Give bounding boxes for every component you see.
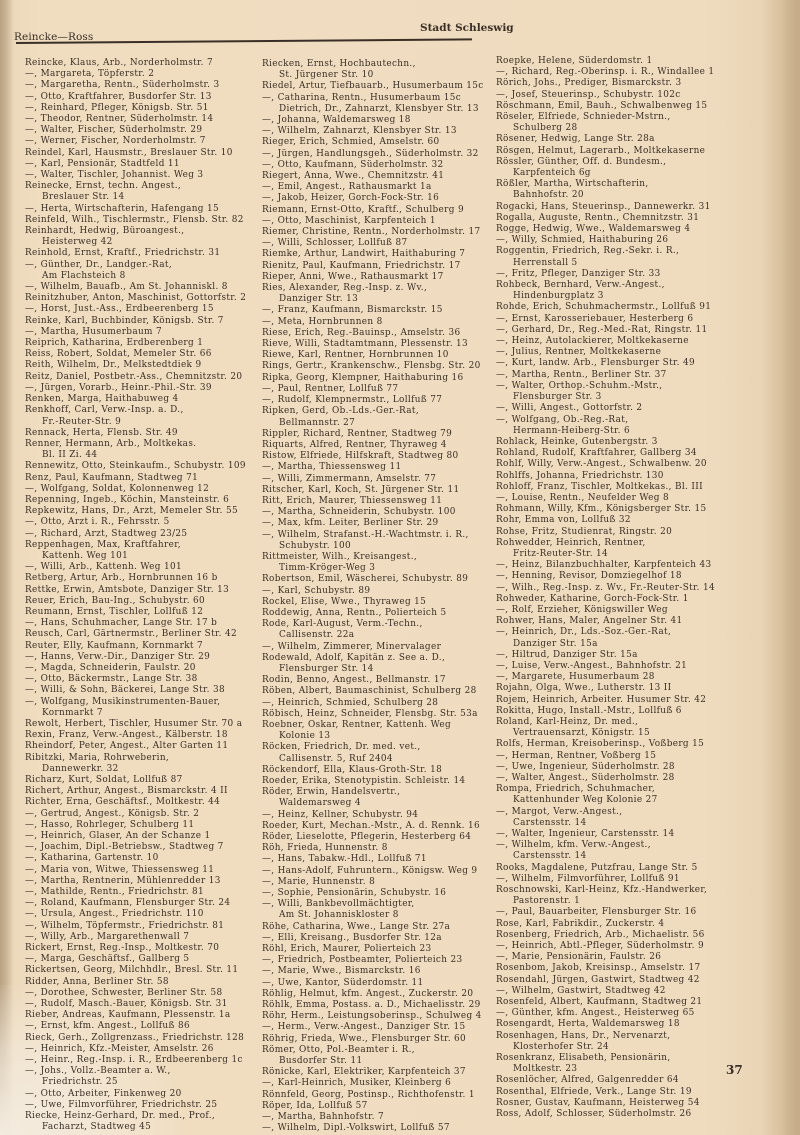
directory-entry: Repenning, Ingeb., Köchin, Mansteinstr. …: [25, 495, 246, 506]
directory-entry: —, Willi, Zimmermann, Amselstr. 77: [262, 474, 484, 485]
directory-entry: Reinke, Karl, Buchbinder, Königsb. Str. …: [25, 316, 246, 327]
directory-entry: Rodewald, Adolf, Kapitän z. See a. D.,: [262, 653, 484, 664]
directory-entry: —, Heinrich, Glaser, An der Schanze 1: [25, 831, 246, 842]
directory-entry: Rohse, Fritz, Studienrat, Ringstr. 20: [496, 527, 715, 538]
directory-entry: Rieber, Andreas, Kaufmann, Plessenstr. 1…: [25, 1010, 246, 1021]
directory-entry: —, Mathilde, Rentn., Friedrichstr. 81: [25, 887, 246, 898]
directory-entry: —, Katharina, Gartenstr. 10: [25, 853, 246, 864]
directory-entry: —, Marga, Geschäftsf., Gallberg 5: [25, 954, 246, 965]
directory-entry: —, Herta, Wirtschafterin, Hafengang 15: [25, 204, 246, 215]
directory-entry: —, Herman, Rentner, Voßberg 15: [496, 751, 715, 762]
directory-entry: Rooks, Magdalene, Putzfrau, Lange Str. 5: [496, 863, 715, 874]
directory-entry: Reincke, Klaus, Arb., Norderholmstr. 7: [25, 58, 246, 69]
directory-entry: Riese, Erich, Reg.-Bauinsp., Amselstr. 3…: [262, 328, 484, 339]
directory-entry: Riemer, Christine, Rentn., Norderholmstr…: [262, 227, 484, 238]
directory-entry: Rittmeister, Wilh., Kreisangest.,: [262, 552, 484, 563]
directory-entry: Rockel, Elise, Wwe., Thyraweg 15: [262, 597, 484, 608]
directory-entry: —, Johs., Vollz.-Beamter a. W.,: [25, 1066, 246, 1077]
directory-entry: —, Hasso, Rohrleger, Schulberg 11: [25, 820, 246, 831]
directory-entry: —, Rudolf, Klempnermstr., Lollfuß 77: [262, 395, 484, 406]
directory-entry: —, Wilhelm, Bauafb., Am St. Johanniskl. …: [25, 282, 246, 293]
directory-entry-continuation: Moltkestr. 23: [496, 1064, 715, 1075]
directory-entry: Ripka, Georg, Klempner, Haithaburing 16: [262, 373, 484, 384]
directory-entry: Röder, Lieselotte, Pflegerin, Hesterberg…: [262, 832, 484, 843]
directory-entry: Ripken, Gerd, Ob.-Lds.-Ger.-Rat,: [262, 406, 484, 417]
directory-entry: Riquarts, Alfred, Rentner, Thyraweg 4: [262, 440, 484, 451]
directory-entry: —, Otto, Maschinist, Karpfenteich 1: [262, 216, 484, 227]
directory-entry: —, Josef, Steuerinsp., Schubystr. 102c: [496, 90, 715, 101]
directory-entry: —, Walter, Tischler, Johannist. Weg 3: [25, 170, 246, 181]
directory-entry-continuation: Flensburger Str. 14: [262, 664, 484, 675]
directory-entry: —, Uwe, Filmvorführer, Friedrichstr. 25: [25, 1100, 246, 1111]
directory-entry: —, Günther, kfm. Angest., Heisterweg 65: [496, 1008, 715, 1019]
directory-entry: Reindel, Karl, Hausmstr., Breslauer Str.…: [25, 148, 246, 159]
directory-entry: Ridder, Anna, Berliner Str. 58: [25, 977, 246, 988]
directory-entry: —, Werner, Fischer, Norderholmstr. 7: [25, 136, 246, 147]
directory-entry: —, Margarete, Husumerbaum 28: [496, 672, 715, 683]
directory-entry: —, Margareta, Töpferstr. 2: [25, 69, 246, 80]
directory-entry: Rohlf, Willy, Verw.-Angest., Schwalbenw.…: [496, 459, 715, 470]
directory-entry: —, Catharina, Rentn., Husumerbaum 15c: [262, 93, 484, 104]
directory-entry: Rössler, Günther, Off. d. Bundesm.,: [496, 157, 715, 168]
page-gutter-shadow: [0, 0, 14, 1135]
directory-entry: —, Herm., Verw.-Angest., Danziger Str. 1…: [262, 1022, 484, 1033]
directory-entry: Röhlig, Helmut, kfm. Angest., Zuckerstr.…: [262, 989, 484, 1000]
directory-entry: Robertson, Emil, Wäscherei, Schubystr. 8…: [262, 574, 484, 585]
directory-entry: —, Willy, Arb., Margarethenwall 7: [25, 932, 246, 943]
directory-entry: Rieck, Gerh., Zollgrenzass., Friedrichst…: [25, 1033, 246, 1044]
directory-entry: Röhe, Catharina, Wwe., Lange Str. 27a: [262, 922, 484, 933]
page-number: 37: [726, 1063, 743, 1077]
directory-entry: —, Heinrich, Kfz.-Meister, Amselstr. 26: [25, 1044, 246, 1055]
directory-entry: Röben, Albert, Baumaschinist, Schulberg …: [262, 686, 484, 697]
directory-entry: —, Roland, Kaufmann, Flensburger Str. 24: [25, 898, 246, 909]
directory-entry: Roepke, Helene, Süderdomstr. 1: [496, 56, 715, 67]
directory-entry: Ribitzki, Maria, Rohrweberin,: [25, 753, 246, 764]
directory-entry: Rosenbom, Jakob, Kreisinsp., Amselstr. 1…: [496, 963, 715, 974]
directory-entry: —, Paul, Rentner, Lollfuß 77: [262, 384, 484, 395]
directory-entry: —, Rudolf, Masch.-Bauer, Königsb. Str. 3…: [25, 999, 246, 1010]
directory-entry: —, Paul, Bauarbeiter, Flensburger Str. 1…: [496, 907, 715, 918]
directory-entry: Rewolt, Herbert, Tischler, Husumer Str. …: [25, 719, 246, 730]
directory-entry: —, Horst, Just.-Ass., Erdbeerenberg 15: [25, 304, 246, 315]
directory-entry: —, Jürgen, Vorarb., Heinr.-Phil.-Str. 39: [25, 383, 246, 394]
directory-entry: Rosenfeld, Albert, Kaufmann, Stadtweg 21: [496, 997, 715, 1008]
directory-entry: —, Meta, Hornbrunnen 8: [262, 317, 484, 328]
directory-entry: Rexin, Franz, Verw.-Angest., Kälberstr. …: [25, 730, 246, 741]
directory-entry: Rosendahl, Jürgen, Gastwirt, Stadtweg 42: [496, 975, 715, 986]
directory-entry: Röhrig, Frieda, Wwe., Flensburger Str. 6…: [262, 1034, 484, 1045]
directory-entry: Rohweder, Katharine, Gorch-Fock-Str. 1: [496, 594, 715, 605]
directory-entry: Rohwedder, Heinrich, Rentner,: [496, 538, 715, 549]
directory-entry: Rickert, Ernst, Reg.-Insp., Moltkestr. 7…: [25, 943, 246, 954]
directory-entry: —, Maria von, Witwe, Thiessensweg 11: [25, 865, 246, 876]
directory-entry: —, Wolfgang, Soldat, Kolonnenweg 12: [25, 484, 246, 495]
directory-entry: —, Walter, Fischer, Süderholmstr. 29: [25, 125, 246, 136]
directory-page: Reincke—Ross Stadt Schleswig Reincke, Kl…: [0, 0, 800, 1135]
directory-entry: Reumann, Ernst, Tischler, Lollfuß 12: [25, 607, 246, 618]
directory-entry: —, Wilhelm, Töpfermstr., Friedrichstr. 8…: [25, 921, 246, 932]
directory-entry: —, Heinr., Reg.-Insp. i. R., Erdbeerenbe…: [25, 1055, 246, 1066]
directory-entry-continuation: Callisenstr. 22a: [262, 630, 484, 641]
directory-entry: Rönicke, Karl, Elektriker, Karpfenteich …: [262, 1067, 484, 1078]
directory-entry: Riedel, Artur, Tiefbauarb., Husumerbaum …: [262, 81, 484, 92]
directory-entry: Rohlffs, Johanna, Friedrichstr. 130: [496, 471, 715, 482]
directory-entry: Renz, Paul, Kaufmann, Stadtweg 71: [25, 473, 246, 484]
directory-entry: —, Franz, Kaufmann, Bismarckstr. 15: [262, 305, 484, 316]
directory-entry: —, Kurt, landw. Arb., Flensburger Str. 4…: [496, 358, 715, 369]
directory-entry: —, Otto, Arbeiter, Finkenweg 20: [25, 1089, 246, 1100]
directory-entry: Roeder, Erika, Stenotypistin. Schleistr.…: [262, 776, 484, 787]
directory-column-2: Riecken, Ernst, Hochbautechn.,St. Jürgen…: [262, 59, 484, 1135]
directory-entry: Reinitzhuber, Anton, Maschinist, Gottorf…: [25, 293, 246, 304]
directory-entry: Rienitz, Paul, Kaufmann, Friedrichstr. 1…: [262, 261, 484, 272]
directory-entry: Roschnowski, Karl-Heinz, Kfz.-Handwerker…: [496, 885, 715, 896]
directory-entry-continuation: Schulberg 28: [496, 123, 715, 134]
directory-entry: —, Wilhelm, Zahnarzt, Klensbyer Str. 13: [262, 126, 484, 137]
directory-entry: Rohr, Emma von, Lollfuß 32: [496, 515, 715, 526]
directory-entry-continuation: Heisterweg 42: [25, 237, 246, 248]
directory-entry: —, Wilhelm, Filmvorführer, Lollfuß 91: [496, 874, 715, 885]
directory-entry: Röhlk, Emma, Postass. a. D., Michaelisst…: [262, 1000, 484, 1011]
directory-entry: Reuer, Erich, Bau-Ing., Schubystr. 60: [25, 596, 246, 607]
directory-entry: Rheindorf, Peter, Angest., Alter Garten …: [25, 741, 246, 752]
directory-entry: —, Henning, Revisor, Domziegelhof 18: [496, 571, 715, 582]
directory-entry-continuation: Am St. Johanniskloster 8: [262, 910, 484, 921]
directory-entry: Röckendorf, Ella, Klaus-Groth-Str. 18: [262, 765, 484, 776]
directory-entry: Rolfs, Herman, Kreisoberinsp., Voßberg 1…: [496, 739, 715, 750]
directory-entry-continuation: Dannewerkr. 32: [25, 764, 246, 775]
directory-entry: —, Heinz, Bilanzbuchhalter, Karpfenteich…: [496, 560, 715, 571]
directory-entry-continuation: Schubystr. 100: [262, 541, 484, 552]
directory-entry: —, Wilhelm, kfm. Verw.-Angest.,: [496, 840, 715, 851]
directory-entry: Rogacki, Hans, Steuerinsp., Dannewerkr. …: [496, 202, 715, 213]
directory-entry: Rompa, Friedrich, Schuhmacher,: [496, 784, 715, 795]
directory-entry-continuation: Waldemarsweg 4: [262, 798, 484, 809]
directory-entry: —, Ursula, Angest., Friedrichstr. 110: [25, 909, 246, 920]
directory-entry: Riecken, Ernst, Hochbautechn.,: [262, 59, 484, 70]
directory-entry: —, Wolfgang, Musikinstrumenten-Bauer,: [25, 697, 246, 708]
directory-entry: Reuter, Elly, Kaufmann, Kornmarkt 7: [25, 641, 246, 652]
directory-entry: Reinecke, Ernst, techn. Angest.,: [25, 181, 246, 192]
directory-entry: Repkewitz, Hans, Dr., Arzt, Memeler Str.…: [25, 506, 246, 517]
directory-entry-continuation: Carstensstr. 14: [496, 818, 715, 829]
directory-entry-continuation: Facharzt, Stadtweg 45: [25, 1122, 246, 1133]
directory-entry: Rennack, Herta, Flensb. Str. 49: [25, 428, 246, 439]
directory-entry-continuation: Callisenstr. 5, Ruf 2404: [262, 754, 484, 765]
directory-entry: —, Richard, Reg.-Oberinsp. i. R., Windal…: [496, 67, 715, 78]
directory-entry-continuation: Bahnhofstr. 20: [496, 190, 715, 201]
directory-entry: —, Elli, Kreisang., Busdorfer Str. 12a: [262, 933, 484, 944]
directory-entry: Röper, Ida, Lollfuß 57: [262, 1101, 484, 1112]
directory-entry: Reiss, Robert, Soldat, Memeler Str. 66: [25, 349, 246, 360]
directory-entry: —, Wilhelm, Zimmerer, Minervalager: [262, 642, 484, 653]
directory-entry: Renkhoff, Carl, Verw.-Insp. a. D.,: [25, 405, 246, 416]
directory-entry: Rohlack, Heinke, Gutenbergstr. 3: [496, 437, 715, 448]
directory-entry: —, Rolf, Erzieher, Königswiller Weg: [496, 605, 715, 616]
directory-entry: Reinhold, Ernst, Kraftf., Friedrichstr. …: [25, 248, 246, 259]
directory-entry: —, Sophie, Pensionärin, Schubystr. 16: [262, 888, 484, 899]
directory-entry: Rörich, Johs., Prediger, Bismarckstr. 3: [496, 78, 715, 89]
directory-entry: Rennewitz, Otto, Steinkaufm., Schubystr.…: [25, 461, 246, 472]
directory-entry: Rößler, Martha, Wirtschafterin,: [496, 179, 715, 190]
directory-entry: Rings, Gertr., Krankenschw., Flensbg. St…: [262, 361, 484, 372]
page-edge-shadow: [782, 0, 800, 1135]
directory-entry: —, Willi, Arb., Kattenh. Weg 101: [25, 562, 246, 573]
directory-entry: —, Fritz, Pfleger, Danziger Str. 33: [496, 269, 715, 280]
directory-entry: Rojem, Heinrich, Arbeiter. Husumer Str. …: [496, 695, 715, 706]
directory-entry: —, Martha, Schneiderin, Schubystr. 100: [262, 507, 484, 518]
directory-entry: Reusch, Carl, Gärtnermstr., Berliner Str…: [25, 629, 246, 640]
directory-entry: Riecke, Heinz-Gerhard, Dr. med., Prof.,: [25, 1111, 246, 1122]
directory-entry: Rose, Karl, Fabrikdir., Zuckerstr. 4: [496, 919, 715, 930]
directory-entry: —, Emil, Angest., Rathausmarkt 1a: [262, 182, 484, 193]
directory-entry: —, Friedrich, Postbeamter, Polierteich 2…: [262, 955, 484, 966]
directory-entry: —, Günther, Dr., Landger.-Rat,: [25, 260, 246, 271]
directory-entry: Rohbeck, Bernhard, Verw.-Angest.,: [496, 280, 715, 291]
directory-entry: Röseler, Elfriede, Schnieder-Mstrn.,: [496, 112, 715, 123]
directory-entry: Rosner, Gustav, Kaufmann, Heisterweg 54: [496, 1098, 715, 1109]
directory-entry: —, Heinrich, Dr., Lds.-Soz.-Ger.-Rat,: [496, 627, 715, 638]
directory-entry: —, Willi, & Sohn, Bäckerei, Lange Str. 3…: [25, 685, 246, 696]
directory-entry-continuation: Bl. II Zi. 44: [25, 450, 246, 461]
directory-entry: Rohmann, Willy, Kfm., Königsberger Str. …: [496, 504, 715, 515]
directory-entry: —, Joachim, Dipl.-Betriebsw., Stadtweg 7: [25, 842, 246, 853]
directory-entry: Röbisch, Heinz, Schneider, Flensbg. Str.…: [262, 709, 484, 720]
directory-entry-continuation: Herrenstall 5: [496, 258, 715, 269]
directory-entry: —, Theodor, Rentner, Süderholmstr. 14: [25, 114, 246, 125]
directory-entry: Ristow, Elfriede, Hilfskraft, Stadtweg 8…: [262, 451, 484, 462]
directory-entry: —, Marie, Pensionärin, Faulstr. 26: [496, 952, 715, 963]
directory-entry: Rickertsen, Georg, Milchhdlr., Bresl. St…: [25, 965, 246, 976]
directory-entry: —, Wilhelm, Dipl.-Volkswirt, Lollfuß 57: [262, 1123, 484, 1134]
directory-entry: —, Walter, Ingenieur, Carstensstr. 14: [496, 829, 715, 840]
directory-entry: —, Johanna, Waldemarsweg 18: [262, 115, 484, 126]
directory-entry: Rohwer, Hans, Maler, Angelner Str. 41: [496, 616, 715, 627]
directory-entry: Richarz, Kurt, Soldat, Lollfuß 87: [25, 775, 246, 786]
directory-entry: —, Wilhelm, Strafanst.-H.-Wachtmstr. i. …: [262, 530, 484, 541]
directory-entry: —, Karl-Heinrich, Musiker, Kleinberg 6: [262, 1078, 484, 1089]
directory-entry: Rosenkranz, Elisabeth, Pensionärin,: [496, 1053, 715, 1064]
directory-entry: Ritscher, Karl, Koch, St. Jürgener Str. …: [262, 485, 484, 496]
directory-entry: Rieger, Erich, Schmied, Amselstr. 60: [262, 137, 484, 148]
running-head-place: Stadt Schleswig: [420, 22, 514, 34]
directory-entry: —, Walter, Orthop.-Schuhm.-Mstr.,: [496, 381, 715, 392]
directory-entry-continuation: Pastorenstr. 1: [496, 896, 715, 907]
directory-entry: Renken, Marga, Haithabuweg 4: [25, 394, 246, 405]
directory-entry-continuation: St. Jürgener Str. 10: [262, 70, 484, 81]
directory-entry: Riegert, Anna, Wwe., Chemnitzstr. 41: [262, 171, 484, 182]
directory-entry: Reith, Wilhelm, Dr., Melkstedtdiek 9: [25, 360, 246, 371]
directory-entry: —, Marie, Wwe., Bismarckstr. 16: [262, 966, 484, 977]
directory-entry: Rosenhagen, Hans, Dr., Nervenarzt,: [496, 1031, 715, 1042]
directory-entry: —, Hans-Adolf, Fuhruntern., Königsw. Weg…: [262, 866, 484, 877]
directory-entry: —, Wilhelm, Gastwirt, Stadtweg 42: [496, 986, 715, 997]
directory-entry: Ries, Alexander, Reg.-Insp. z. Wv.,: [262, 283, 484, 294]
directory-entry: Rohde, Erich, Schuhmachermstr., Lollfuß …: [496, 302, 715, 313]
directory-entry: Rode, Karl-August, Verm.-Techn.,: [262, 619, 484, 630]
directory-entry: Ross, Adolf, Schlosser, Süderholmstr. 26: [496, 1109, 715, 1120]
directory-entry: Richter, Erna, Geschäftsf., Moltkestr. 4…: [25, 797, 246, 808]
directory-entry: —, Uwe, Kantor, Süderdomstr. 11: [262, 978, 484, 989]
directory-entry-continuation: Kolonie 13: [262, 731, 484, 742]
directory-entry: Röh, Frieda, Hunnenstr. 8: [262, 843, 484, 854]
directory-entry: Rosenlöcher, Alfred, Galgenredder 64: [496, 1075, 715, 1086]
directory-entry: Rosengardt, Herta, Waldemarsweg 18: [496, 1019, 715, 1030]
directory-entry: —, Max, kfm. Leiter, Berliner Str. 29: [262, 518, 484, 529]
directory-entry: Roland, Karl-Heinz, Dr. med.,: [496, 717, 715, 728]
directory-entry: —, Martha, Thiessensweg 11: [262, 462, 484, 473]
directory-entry: —, Louise, Rentn., Neufelder Weg 8: [496, 493, 715, 504]
directory-entry: —, Margot, Verw.-Angest.,: [496, 807, 715, 818]
directory-entry: Roddewig, Anna, Rentn., Polierteich 5: [262, 608, 484, 619]
directory-entry: Rieve, Willi, Stadtamtmann, Plessenstr. …: [262, 339, 484, 350]
directory-entry: —, Wilh., Reg.-Insp. z. Wv., Fr.-Reuter-…: [496, 583, 715, 594]
directory-entry: Ritt, Erich, Maurer, Thiessensweg 11: [262, 496, 484, 507]
directory-entry: Roeder, Kurt, Mechan.-Mstr., A. d. Rennk…: [262, 821, 484, 832]
directory-entry: Roebner, Oskar, Rentner, Kattenh. Weg: [262, 720, 484, 731]
directory-entry: —, Willi, Schlosser, Lollfuß 87: [262, 238, 484, 249]
directory-entry: Rohloff, Franz, Tischler, Moltkekas., Bl…: [496, 482, 715, 493]
directory-entry: —, Dorothee, Schwester, Berliner Str. 58: [25, 988, 246, 999]
directory-entry: —, Hiltrud, Danziger Str. 15a: [496, 650, 715, 661]
directory-entry: —, Hanns, Verw.-Dir., Danziger Str. 29: [25, 652, 246, 663]
directory-entry: Rösgen, Helmut, Lagerarb., Moltkekaserne: [496, 146, 715, 157]
directory-entry: —, Richard, Arzt, Stadtweg 23/25: [25, 529, 246, 540]
directory-entry-continuation: Klosterhofer Str. 24: [496, 1042, 715, 1053]
directory-entry: —, Ernst, Karosseriebauer, Hesterberg 6: [496, 314, 715, 325]
directory-entry-continuation: Fritz-Reuter-Str. 14: [496, 549, 715, 560]
directory-entry: Rokitta, Hugo, Install.-Mstr., Lollfuß 6: [496, 706, 715, 717]
directory-entry: Reitz, Daniel, Postbetr.-Ass., Chemnitzs…: [25, 372, 246, 383]
directory-entry: —, Otto, Bäckermstr., Lange Str. 38: [25, 674, 246, 685]
directory-entry: —, Uwe, Ingenieur, Süderholmstr. 28: [496, 762, 715, 773]
directory-entry: —, Otto, Kaufmann, Süderholmstr. 32: [262, 160, 484, 171]
directory-entry: —, Willy, Schmied, Haithaburing 26: [496, 235, 715, 246]
directory-entry: Reinfeld, Wilh., Tischlermstr., Flensb. …: [25, 215, 246, 226]
directory-entry: —, Martha, Rentn., Berliner Str. 37: [496, 370, 715, 381]
directory-entry: —, Magda, Schneiderin, Faulstr. 20: [25, 663, 246, 674]
directory-entry-continuation: Flensburger Str. 3: [496, 392, 715, 403]
directory-entry: —, Hans, Tabakw.-Hdl., Lollfuß 71: [262, 854, 484, 865]
directory-entry-continuation: Timm-Kröger-Weg 3: [262, 563, 484, 574]
directory-column-1: Reincke, Klaus, Arb., Norderholmstr. 7—,…: [25, 58, 246, 1134]
directory-entry: —, Heinrich, Schmied, Schulberg 28: [262, 698, 484, 709]
directory-entry: —, Karl, Pensionär, Stadtfeld 11: [25, 159, 246, 170]
directory-entry-continuation: Hermann-Heiberg-Str. 6: [496, 426, 715, 437]
directory-entry: Retberg, Artur, Arb., Hornbrunnen 16 b: [25, 573, 246, 584]
directory-entry: Rieper, Anni, Wwe., Rathausmarkt 17: [262, 272, 484, 283]
directory-entry: Röhl, Erich, Maurer, Polierteich 23: [262, 944, 484, 955]
directory-entry: —, Jakob, Heizer, Gorch-Fock-Str. 16: [262, 193, 484, 204]
directory-entry: —, Heinz, Autolackierer, Moltkekaserne: [496, 336, 715, 347]
directory-entry-continuation: Vertrauensarzt, Königstr. 15: [496, 728, 715, 739]
directory-entry: Römer, Otto, Pol.-Beamter i. R.,: [262, 1045, 484, 1056]
directory-entry: Rojahn, Olga, Wwe., Lutherstr. 13 II: [496, 683, 715, 694]
directory-entry: —, Walter, Angest., Süderholmstr. 28: [496, 773, 715, 784]
directory-entry-continuation: Kattenhunder Weg Kolonie 27: [496, 795, 715, 806]
directory-entry-continuation: Kattenh. Weg 101: [25, 551, 246, 562]
directory-entry-continuation: Carstensstr. 14: [496, 851, 715, 862]
directory-entry: Rohland, Rudolf, Kraftfahrer, Gallberg 3…: [496, 448, 715, 459]
directory-entry-continuation: Karpfenteich 6g: [496, 168, 715, 179]
directory-entry: —, Hans, Schuhmacher, Lange Str. 17 b: [25, 618, 246, 629]
directory-entry-continuation: Bellmannstr. 27: [262, 418, 484, 429]
directory-entry-continuation: Hindenburgplatz 3: [496, 291, 715, 302]
directory-entry: —, Heinrich, Abtl.-Pfleger, Süderholmstr…: [496, 941, 715, 952]
directory-entry: —, Margaretha, Rentn., Süderholmstr. 3: [25, 80, 246, 91]
directory-entry: Rosenthal, Elfriede, Verk., Lange Str. 1…: [496, 1087, 715, 1098]
directory-entry: —, Willi, Bankbevollmächtigter,: [262, 899, 484, 910]
directory-entry: Rodin, Benno, Angest., Bellmanstr. 17: [262, 675, 484, 686]
directory-entry: Reinhardt, Hedwig, Büroangest.,: [25, 226, 246, 237]
directory-entry-continuation: Dietrich, Dr., Zahnarzt, Klensbyer Str. …: [262, 104, 484, 115]
directory-entry: Rogge, Hedwig, Wwe., Waldemarsweg 4: [496, 224, 715, 235]
directory-entry: —, Wolfgang, Ob.-Reg.-Rat,: [496, 415, 715, 426]
directory-entry: Reiprich, Katharina, Erdberenberg 1: [25, 338, 246, 349]
directory-entry-continuation: Fr.-Reuter-Str. 9: [25, 417, 246, 428]
directory-entry: Rösener, Hedwig, Lange Str. 28a: [496, 134, 715, 145]
directory-entry: —, Gertrud, Angest., Königsb. Str. 2: [25, 809, 246, 820]
directory-entry: —, Martha, Husumerbaum 7: [25, 327, 246, 338]
directory-entry: Richert, Arthur, Angest., Bismarckstr. 4…: [25, 786, 246, 797]
directory-entry: —, Luise, Verw.-Angest., Bahnhofstr. 21: [496, 661, 715, 672]
directory-entry: Rogalla, Auguste, Rentn., Chemnitzstr. 3…: [496, 213, 715, 224]
directory-entry: —, Martha, Rentnerin, Mühlenredder 13: [25, 876, 246, 887]
directory-entry: —, Reinhard, Pfleger, Königsb. Str. 51: [25, 103, 246, 114]
directory-entry: Rettke, Erwin, Amtsbote, Danziger Str. 1…: [25, 585, 246, 596]
directory-entry: Roggentin, Friedrich, Reg.-Sekr. i. R.,: [496, 246, 715, 257]
directory-entry: Reppenhagen, Max, Kraftfahrer,: [25, 540, 246, 551]
directory-entry-continuation: Danziger Str. 15a: [496, 639, 715, 650]
directory-entry: —, Heinz, Kellner, Schubystr. 94: [262, 810, 484, 821]
directory-entry: Rippler, Richard, Rentner, Stadtweg 79: [262, 429, 484, 440]
directory-entry-continuation: Breslauer Str. 14: [25, 192, 246, 203]
directory-entry: Röder, Erwin, Handelsvertr.,: [262, 787, 484, 798]
directory-entry: —, Otto, Kraftfahrer, Busdorfer Str. 13: [25, 92, 246, 103]
directory-entry: Röschmann, Emil, Bauh., Schwalbenweg 15: [496, 101, 715, 112]
directory-entry-continuation: Danziger Str. 13: [262, 294, 484, 305]
directory-entry: —, Marie, Hunnenstr. 8: [262, 877, 484, 888]
directory-entry: Renner, Hermann, Arb., Moltkekas.: [25, 439, 246, 450]
directory-entry: —, Jürgen, Handlungsgeh., Süderholmstr. …: [262, 149, 484, 160]
directory-entry-continuation: Friedrichstr. 25: [25, 1077, 246, 1088]
directory-entry: Rosenberg, Friedrich, Arb., Michaelistr.…: [496, 930, 715, 941]
directory-entry: Riemke, Arthur, Landwirt, Haithaburing 7: [262, 249, 484, 260]
directory-entry: Röcken, Friedrich, Dr. med. vet.,: [262, 742, 484, 753]
directory-entry-continuation: Am Flachsteich 8: [25, 271, 246, 282]
directory-entry-continuation: Kornmarkt 7: [25, 708, 246, 719]
directory-entry: —, Julius, Rentner, Moltkekaserne: [496, 347, 715, 358]
directory-entry: —, Willi, Angest., Gottorfstr. 2: [496, 403, 715, 414]
directory-entry: Röhr, Herm., Leistungsoberinsp., Schulwe…: [262, 1011, 484, 1022]
directory-entry: —, Ernst, kfm. Angest., Lollfuß 86: [25, 1021, 246, 1032]
directory-entry: Riewe, Karl, Rentner, Hornbrunnen 10: [262, 350, 484, 361]
directory-entry: Rönnfeld, Georg, Postinsp., Richthofenst…: [262, 1090, 484, 1101]
directory-column-3: Roepke, Helene, Süderdomstr. 1—, Richard…: [496, 56, 715, 1120]
directory-entry: —, Martha, Bahnhofstr. 7: [262, 1112, 484, 1123]
directory-entry: —, Karl, Schubystr. 89: [262, 586, 484, 597]
directory-entry: Riemann, Ernst-Otto, Kraftf., Schulberg …: [262, 205, 484, 216]
directory-entry: —, Gerhard, Dr., Reg.-Med.-Rat, Ringstr.…: [496, 325, 715, 336]
directory-entry: —, Otto, Arzt i. R., Fehrsstr. 5: [25, 517, 246, 528]
directory-entry-continuation: Busdorfer Str. 11: [262, 1056, 484, 1067]
